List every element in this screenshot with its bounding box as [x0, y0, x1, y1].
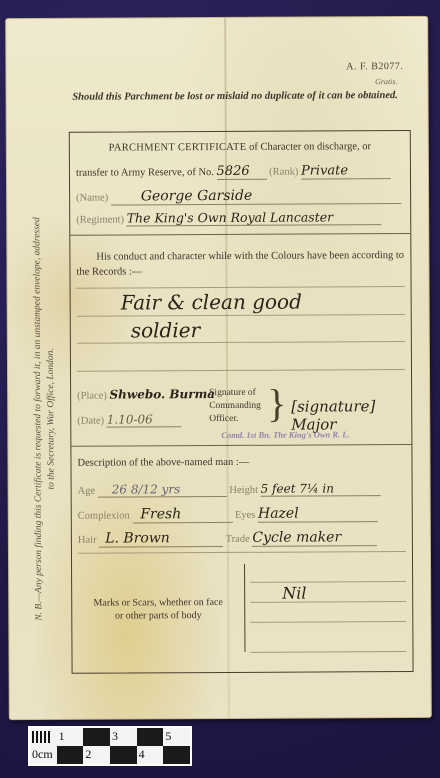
scale-block: [57, 746, 84, 764]
eyes-label: Eyes: [235, 510, 255, 521]
complexion-label: Complexion: [78, 510, 130, 521]
marks-value: Nil: [282, 583, 406, 603]
description-heading: Description of the above-named man :—: [77, 456, 405, 469]
scale-label-1: 1: [57, 728, 84, 746]
regiment-row: (Regiment) The King's Own Royal Lancaste…: [76, 209, 404, 227]
trade-value: Cycle maker: [252, 529, 377, 547]
scale-label-5: 5: [163, 728, 190, 746]
conduct-value-line-1: Fair & clean good: [121, 289, 405, 314]
brace-icon: }: [267, 384, 286, 424]
age-value: 26 8/12 yrs: [98, 482, 227, 498]
divider: [71, 444, 411, 447]
rank-value: Private: [301, 163, 391, 179]
scale-label-2: 2: [83, 746, 110, 764]
marks-label-1: Marks or Scars, whether on face: [78, 596, 238, 610]
name-value: George Garside: [111, 187, 401, 206]
conduct-value-line-2: soldier: [131, 317, 405, 342]
hair-value: L. Brown: [99, 530, 223, 548]
age-label: Age: [78, 486, 96, 497]
scale-label-4: 4: [137, 746, 164, 764]
name-row: (Name) George Garside: [76, 187, 404, 206]
trade-label: Trade: [226, 534, 250, 545]
date-value: 1.10-06: [107, 412, 182, 427]
scale-block: [83, 728, 110, 746]
place-value: Shwebo. Burma: [109, 387, 215, 402]
transfer-text: transfer to Army Reserve, of No.: [76, 167, 214, 179]
hair-row: Hair L. Brown Trade Cycle maker: [78, 529, 406, 548]
scale-block: [137, 728, 164, 746]
regiment-value: The King's Own Royal Lancaster: [127, 209, 382, 226]
height-label: Height: [229, 485, 258, 496]
regiment-label: (Regiment): [76, 214, 124, 225]
certificate-frame: PARCHMENT CERTIFICATE of Character on di…: [69, 130, 414, 674]
ruled-line: [77, 341, 405, 344]
scale-block: [110, 746, 137, 764]
certificate-title-rest: of Character on discharge, or: [246, 141, 371, 153]
name-label: (Name): [76, 193, 108, 204]
number-rank-row: transfer to Army Reserve, of No. 5826 (R…: [76, 163, 404, 181]
scale-bar: 1 3 5 0cm 2 4: [28, 726, 192, 766]
service-number: 5826: [216, 164, 266, 180]
eyes-value: Hazel: [258, 505, 378, 523]
conduct-intro: His conduct and character while with the…: [76, 248, 404, 280]
rank-label: (Rank): [269, 167, 298, 178]
age-row: Age 26 8/12 yrs Height 5 feet 7¼ in: [78, 481, 406, 498]
ruled-line: [250, 621, 406, 623]
scale-block: [163, 746, 190, 764]
hair-label: Hair: [78, 535, 97, 546]
date-label: (Date): [77, 416, 104, 427]
ruled-line: [250, 651, 406, 653]
divider: [70, 233, 410, 236]
ruled-line: [78, 551, 406, 554]
complexion-value: Fresh: [132, 506, 232, 524]
warning-text: Should this Parchment be lost or mislaid…: [63, 87, 408, 106]
certificate-title: PARCHMENT CERTIFICATE of Character on di…: [76, 141, 404, 154]
place-label: (Place): [77, 391, 107, 402]
side-note: N. B.—Any person finding this Certificat…: [31, 149, 74, 689]
scale-unit-label: 0cm: [30, 746, 57, 764]
marks-bracket: [244, 564, 245, 652]
scale-ticks: [30, 728, 57, 746]
scale-label-3: 3: [110, 728, 137, 746]
marks-label-2: or other parts of body: [78, 609, 238, 623]
form-reference: A. F. B2077.: [346, 61, 403, 72]
height-value: 5 feet 7¼ in: [261, 481, 381, 497]
certificate-title-caps: PARCHMENT CERTIFICATE: [109, 142, 247, 154]
certificate-parchment: A. F. B2077. Gratis. Should this Parchme…: [6, 17, 431, 719]
regiment-stamp: Comd. 1st Bn. The King's Own R. L.: [221, 429, 405, 440]
marks-label: Marks or Scars, whether on face or other…: [78, 596, 238, 623]
ruled-line: [77, 369, 405, 372]
complexion-row: Complexion Fresh Eyes Hazel: [78, 505, 406, 524]
gratis-label: Gratis.: [375, 77, 397, 86]
